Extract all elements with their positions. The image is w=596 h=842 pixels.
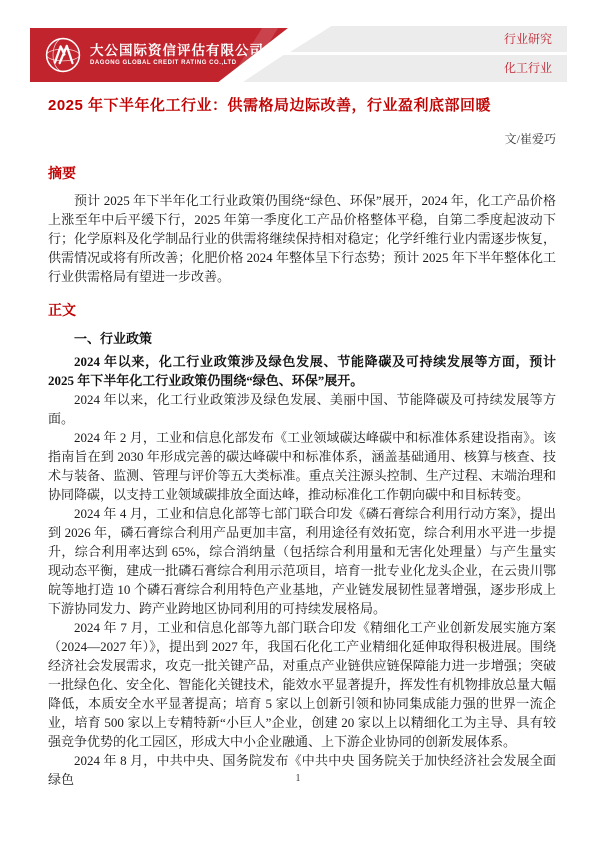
- body-paragraph: 2024 年 4 月，工业和信息化部等七部门联合印发《磷石膏综合利用行动方案》，…: [48, 504, 556, 618]
- body-paragraph: 2024 年 2 月，工业和信息化部发布《工业领域碳达峰碳中和标准体系建设指南》…: [48, 428, 556, 504]
- industry-tag: 化工行业: [243, 55, 567, 82]
- section-lead-paragraph: 2024 年以来，化工行业政策涉及绿色发展、节能降碳及可持续发展等方面，预计 2…: [48, 352, 556, 390]
- author-byline: 文/崔爱巧: [48, 130, 556, 147]
- report-title: 2025 年下半年化工行业：供需格局边际改善，行业盈利底部回暖: [48, 96, 556, 116]
- page-header: 大公国际资信评估有限公司 DAGONG GLOBAL CREDIT RATING…: [0, 26, 596, 82]
- page-number: 1: [0, 773, 596, 784]
- company-name-block: 大公国际资信评估有限公司 DAGONG GLOBAL CREDIT RATING…: [90, 43, 264, 67]
- brand-banner: 大公国际资信评估有限公司 DAGONG GLOBAL CREDIT RATING…: [30, 28, 288, 82]
- report-type-tag: 行业研究: [290, 26, 567, 52]
- abstract-heading: 摘要: [48, 163, 556, 183]
- section-heading-industry-policy: 一、行业政策: [48, 330, 556, 348]
- abstract-paragraph: 预计 2025 年下半年化工行业政策仍围绕“绿色、环保”展开，2024 年，化工…: [48, 191, 556, 286]
- body-paragraph: 2024 年以来，化工行业政策涉及绿色发展、美丽中国、节能降碳及可持续发展等方面…: [48, 390, 556, 428]
- company-name-chinese: 大公国际资信评估有限公司: [90, 43, 264, 59]
- report-page: { "header": { "banner_color": "#c2242e",…: [0, 0, 596, 842]
- document-body: 2025 年下半年化工行业：供需格局边际改善，行业盈利底部回暖 文/崔爱巧 摘要…: [48, 96, 556, 789]
- main-text-heading: 正文: [48, 300, 556, 320]
- body-paragraph: 2024 年 7 月，工业和信息化部等九部门联合印发《精细化工产业创新发展实施方…: [48, 618, 556, 751]
- dagong-globe-icon: [44, 36, 82, 74]
